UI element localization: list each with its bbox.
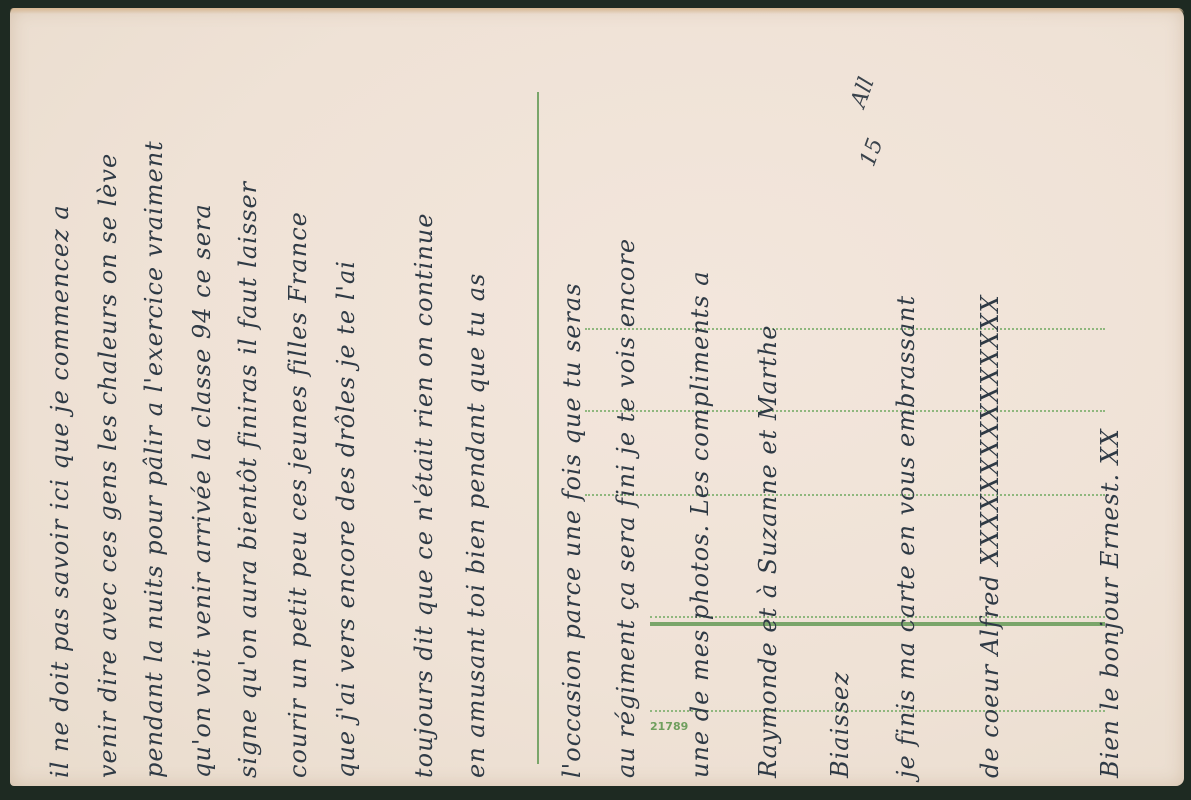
address-line-4 (650, 616, 1105, 618)
postcard-back: il ne doit pas savoir ici que je commenc… (10, 8, 1184, 786)
message-line-14: Biaissez (826, 0, 854, 778)
message-line-5: signe qu'on aura bientôt finiras il faut… (234, 0, 262, 778)
message-line-1: il ne doit pas savoir ici que je commenc… (46, 0, 74, 778)
center-divider-line (537, 92, 539, 764)
address-line-5 (650, 710, 1105, 712)
message-line-3: pendant la nuits pour pâlir a l'exercice… (140, 0, 168, 778)
message-line-6: courir un petit peu ces jeunes filles Fr… (284, 0, 312, 778)
message-line-9: en amusant toi bien pendant que tu as (462, 0, 490, 778)
message-line-12: une de mes photos. Les compliments a (686, 0, 714, 778)
message-line-11: au régiment ça sera fini je te vois enco… (612, 0, 640, 778)
address-underline-solid (650, 622, 1105, 626)
corner-note-2: 15 (855, 135, 888, 170)
message-line-15: je finis ma carte en vous embrassant (892, 0, 920, 778)
message-line-10: l'occasion parce une fois que tu seras (558, 0, 586, 778)
message-line-8: toujours dit que ce n'était rien on cont… (410, 0, 438, 778)
worn-top-edge (10, 8, 1184, 14)
message-line-13: Raymonde et à Suzanne et Marthe (754, 0, 782, 778)
message-line-2: venir dire avec ces gens les chaleurs on… (94, 0, 122, 778)
message-line-4: qu'on voit venir arrivée la classe 94 ce… (188, 0, 216, 778)
message-line-17: Bien le bonjour Ernest. XX (1096, 0, 1124, 778)
serial-number: 21789 (650, 720, 688, 733)
message-line-7: que j'ai vers encore des drôles je te l'… (332, 0, 360, 778)
message-line-16: de coeur Alfred XXXXXXXXXXXXXXX (976, 0, 1004, 778)
